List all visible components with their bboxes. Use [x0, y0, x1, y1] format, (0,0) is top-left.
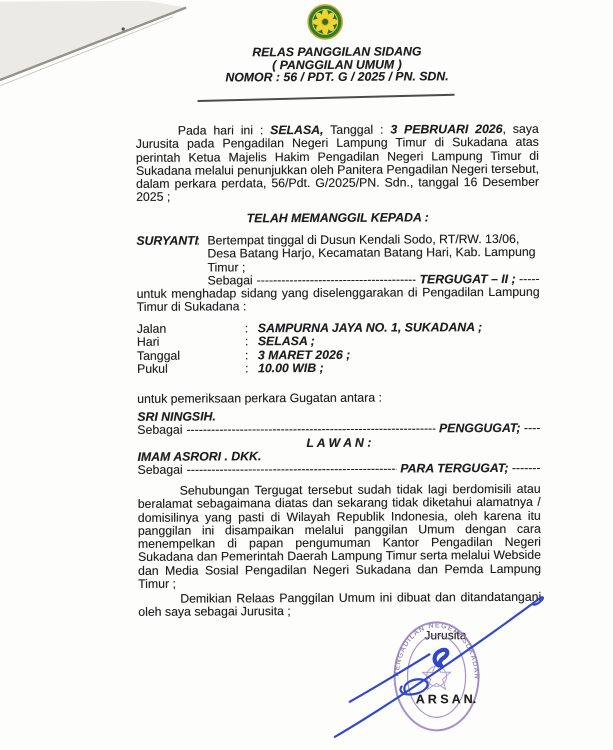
court-emblem-icon — [306, 3, 344, 41]
opening-mid: Tanggal : — [323, 123, 390, 137]
defendant-colon: : — [196, 235, 207, 288]
parties-block: SRI NINGSIH. Sebagai -------------------… — [137, 409, 540, 478]
co-defendant-role-row: Sebagai --------------------------------… — [137, 462, 540, 477]
detail-label: Hari — [137, 336, 245, 350]
case-intro: untuk pemeriksaan perkara Gugatan antara… — [137, 391, 540, 406]
co-defendant-role-trailing-dashes: ------- — [508, 462, 540, 475]
detail-colon: : — [245, 349, 258, 362]
dash-filler: ----------------------------------------… — [187, 463, 397, 477]
public-summons-explanation: Sehubungan Tergugat tersebut sudah tidak… — [138, 483, 542, 591]
detail-label: Pukul — [137, 362, 245, 376]
scanned-court-summons-page: RELAS PANGGILAN SIDANG ( PANGGILAN UMUM … — [0, 0, 613, 750]
plaintiff-sebagai-label: Sebagai — [137, 424, 182, 438]
co-defendant-sebagai-label: Sebagai — [137, 464, 182, 478]
defendant-address: Bertempat tinggal di Dusun Kendali Sodo,… — [207, 232, 535, 274]
opening-pre: Pada hari ini : — [178, 123, 270, 137]
signature-ink-icon — [301, 584, 562, 750]
hearing-day: SELASA, — [270, 123, 323, 137]
summon-heading: TELAH MEMANGGIL KEPADA : — [136, 211, 539, 226]
defendant-block: SURYANTI : Bertempat tinggal di Dusun Ke… — [136, 233, 539, 288]
hearing-details-table: Jalan : SAMPURNA JAYA NO. 1, SUKADANA ; … — [137, 321, 540, 376]
document-title-block: RELAS PANGGILAN SIDANG ( PANGGILAN UMUM … — [135, 45, 538, 85]
detail-label: Jalan — [137, 322, 245, 336]
header-divider — [198, 94, 455, 102]
detail-label: Tanggal — [137, 349, 245, 363]
document-number: NOMOR : 56 / PDT. G / 2025 / PN. SDN. — [135, 70, 538, 85]
defendant-name: SURYANTI — [136, 235, 196, 289]
detail-colon: : — [245, 336, 258, 349]
detail-colon: : — [245, 362, 258, 375]
plaintiff-role: PENGGUGAT; — [439, 422, 521, 436]
detail-value: 10.00 WIB ; — [258, 361, 540, 376]
attend-paragraph: untuk menghadap sidang yang diselenggara… — [137, 286, 540, 315]
plaintiff-role-trailing-dashes: ---- — [520, 422, 540, 435]
opening-paragraph: Pada hari ini : SELASA, Tanggal : 3 PEBR… — [136, 123, 539, 205]
detail-row-pukul: Pukul : 10.00 WIB ; — [137, 361, 540, 376]
co-defendant-role: PARA TERGUGAT; — [400, 462, 508, 476]
